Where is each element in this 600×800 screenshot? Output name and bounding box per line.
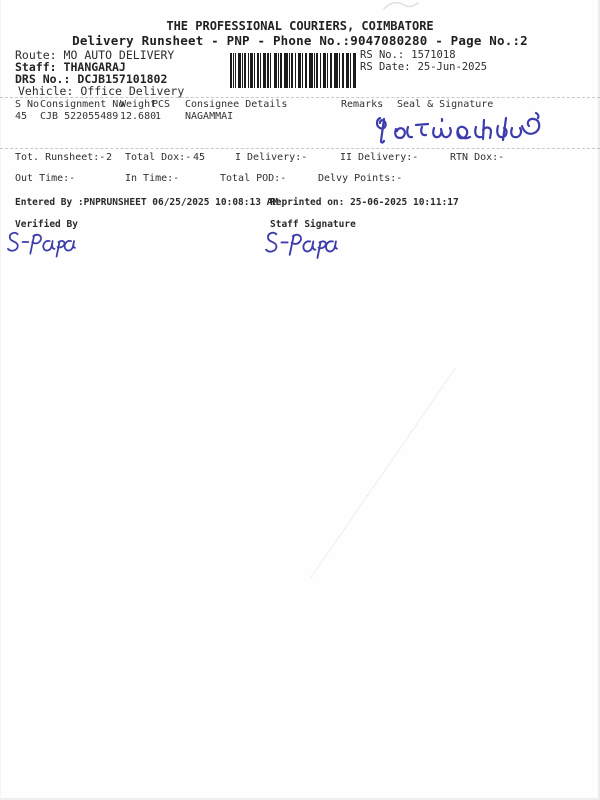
reprinted-on-text: Reprinted on: 25-06-2025 10:11:17 — [270, 198, 459, 208]
delvy-points-label: Delvy Points:- — [318, 173, 402, 184]
staff-signature — [264, 228, 338, 259]
vehicle-field: Vehicle:Office Delivery — [18, 85, 184, 98]
tot-runsheet-label: Tot. Runsheet:- — [15, 152, 105, 163]
col-header-consignee: Consignee Details — [185, 99, 287, 110]
consignee-seal-signature — [372, 105, 552, 153]
paper-crease — [310, 368, 456, 578]
rs-date-value: 25-Jun-2025 — [418, 61, 488, 73]
total-dox-value: 45 — [193, 152, 205, 163]
in-time-label: In Time:- — [125, 173, 179, 184]
cell-s-no: 45 — [15, 111, 27, 122]
rs-date-label: RS Date: — [360, 61, 411, 73]
runsheet-document: THE PROFESSIONAL COURIERS, COIMBATORE De… — [0, 0, 600, 800]
entered-by-text: Entered By :PNPRUNSHEET 06/25/2025 10:08… — [15, 198, 278, 208]
out-time-label: Out Time:- — [15, 173, 75, 184]
cell-pcs: 1 — [155, 111, 161, 122]
divider-line — [0, 97, 600, 98]
total-pod-label: Total POD:- — [220, 173, 286, 184]
total-dox-label: Total Dox:- — [125, 152, 191, 163]
col-header-s-no: S No — [15, 99, 39, 110]
cell-consignee: NAGAMMAI — [185, 111, 233, 122]
col-header-pcs: PCS — [152, 99, 170, 110]
vehicle-label: Vehicle: — [18, 84, 73, 98]
verified-by-signature — [6, 228, 76, 258]
ii-delivery-label: II Delivery:- — [340, 152, 418, 163]
col-header-weight: Weight — [120, 99, 156, 110]
rs-no-value: 1571018 — [411, 49, 455, 61]
i-delivery-label: I Delivery:- — [235, 152, 307, 163]
rtn-dox-label: RTN Dox:- — [450, 152, 504, 163]
scan-smudge — [382, 0, 420, 12]
rs-no-label: RS No.: — [360, 49, 404, 61]
rs-no-field: RS No.:1571018 — [360, 50, 456, 62]
runsheet-subtitle: Delivery Runsheet - PNP - Phone No.:9047… — [0, 34, 600, 48]
col-header-consignment-no: Consignment No — [40, 99, 124, 110]
tot-runsheet-value: 2 — [106, 152, 112, 163]
vehicle-value: Office Delivery — [80, 84, 184, 98]
company-title: THE PROFESSIONAL COURIERS, COIMBATORE — [0, 20, 600, 33]
barcode-icon — [230, 53, 356, 88]
rs-date-field: RS Date:25-Jun-2025 — [360, 62, 487, 74]
cell-weight: 12.680 — [120, 111, 156, 122]
cell-consignment-no: CJB 522055489 — [40, 111, 118, 122]
